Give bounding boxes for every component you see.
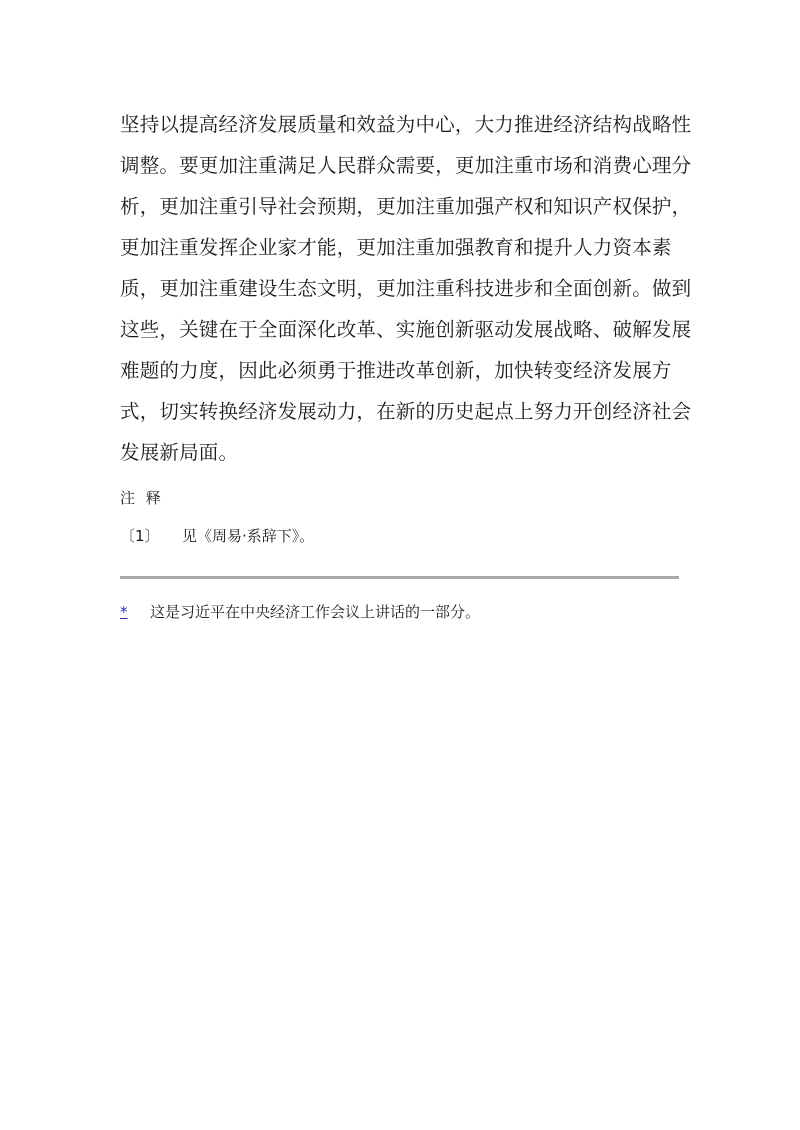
note-number: 〔1〕 (120, 524, 182, 548)
paragraph-line: 更加注重发挥企业家才能，更加注重加强教育和提升人力资本素 (120, 227, 680, 268)
paragraph-line: 发展新局面。 (120, 432, 680, 473)
document-page: 坚持以提高经济发展质量和效益为中心，大力推进经济结构战略性 调整。要更加注重满足… (120, 104, 680, 473)
body-paragraph: 坚持以提高经济发展质量和效益为中心，大力推进经济结构战略性 调整。要更加注重满足… (120, 104, 680, 473)
paragraph-line: 调整。要更加注重满足人民群众需要，更加注重市场和消费心理分 (120, 145, 680, 186)
footnote-divider (120, 576, 679, 579)
footnote: *这是习近平在中央经济工作会议上讲话的一部分。 (120, 600, 480, 624)
paragraph-line: 难题的力度，因此必须勇于推进改革创新，加快转变经济发展方 (120, 350, 680, 391)
footnote-marker-link[interactable]: * (120, 600, 150, 624)
paragraph-line: 析，更加注重引导社会预期，更加注重加强产权和知识产权保护， (120, 186, 680, 227)
paragraph-line: 质，更加注重建设生态文明，更加注重科技进步和全面创新。做到 (120, 268, 680, 309)
notes-heading: 注 释 (120, 486, 164, 510)
note-text: 见《周易·系辞下》。 (182, 527, 314, 545)
note-item: 〔1〕见《周易·系辞下》。 (120, 524, 314, 548)
paragraph-line: 这些，关键在于全面深化改革、实施创新驱动发展战略、破解发展 (120, 309, 680, 350)
footnote-text: 这是习近平在中央经济工作会议上讲话的一部分。 (150, 603, 480, 621)
paragraph-line: 坚持以提高经济发展质量和效益为中心，大力推进经济结构战略性 (120, 104, 680, 145)
paragraph-line: 式，切实转换经济发展动力，在新的历史起点上努力开创经济社会 (120, 391, 680, 432)
